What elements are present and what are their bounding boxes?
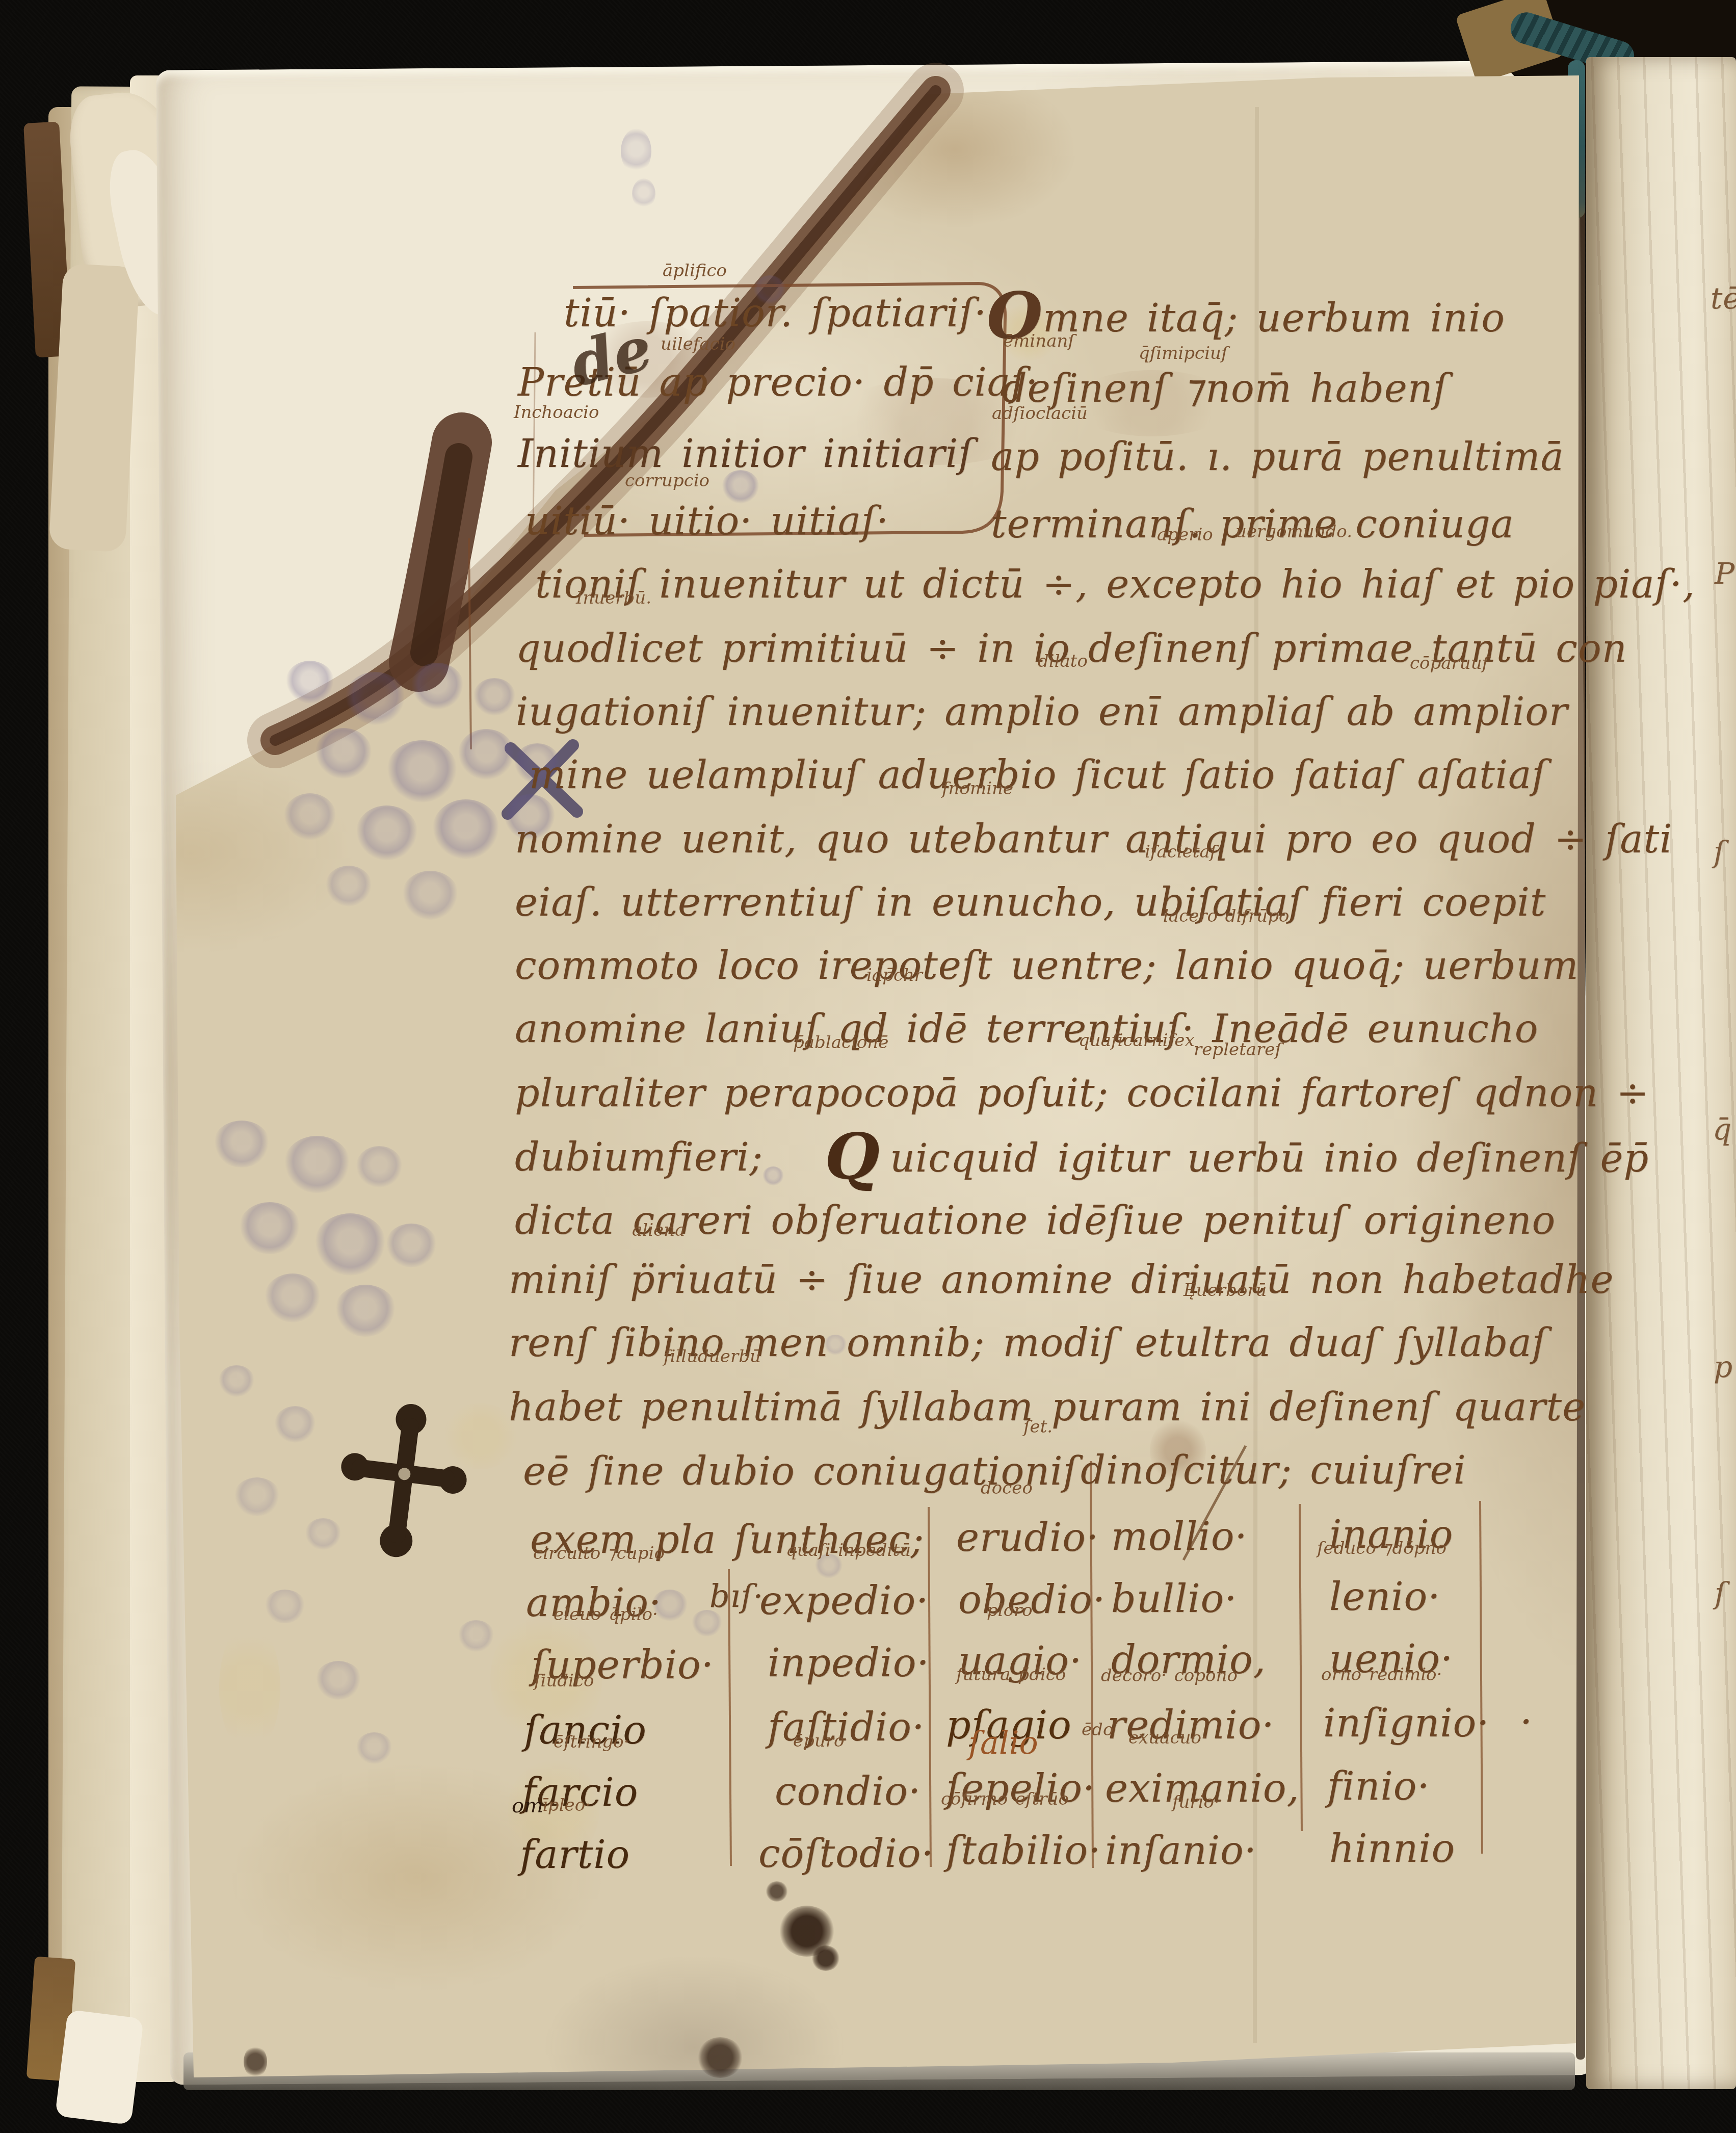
text-line: iugationiſ inuenitur; amplio enī ampliaſ… <box>516 692 1568 731</box>
interlinear-gloss: iap̄chr <box>866 967 923 984</box>
interlinear-gloss: quaſicarnifex <box>1079 1032 1195 1049</box>
interlinear-gloss: ſnomine <box>942 780 1013 797</box>
table-word: expedio· <box>759 1581 929 1620</box>
interlinear-gloss: q̄ſimipciuſ <box>1139 345 1228 362</box>
text-line: mine uelampliuſ aduerbio ſicut ſatio ſat… <box>529 756 1546 794</box>
interlinear-gloss: ēdo <box>1082 1721 1113 1738</box>
table-word: bullio· <box>1111 1579 1237 1618</box>
text-line: ap poſitū. ı. purā penultimā <box>991 437 1564 476</box>
interlinear-gloss: dilato <box>1038 653 1088 670</box>
text-line: tioniſ inuenitur ut dictū ÷, excepto hio… <box>535 565 1695 604</box>
interlinear-gloss: eleuo q̄pilo· <box>554 1606 658 1623</box>
table-word: faſtidio· <box>768 1708 925 1747</box>
interlinear-gloss: doceo <box>981 1479 1033 1497</box>
interlinear-gloss: exuacuo· <box>1128 1729 1207 1747</box>
interlinear-gloss: decoro· copono <box>1101 1667 1238 1684</box>
interlinear-gloss: aliena <box>632 1221 685 1239</box>
table-word: inſanio· <box>1105 1831 1257 1870</box>
interlinear-gloss: īpleo· <box>542 1797 591 1814</box>
interlinear-gloss: ſalio <box>968 1727 1038 1759</box>
interlinear-gloss: ſet. <box>1023 1418 1053 1436</box>
interlinear-gloss: iſacietaſ <box>1145 843 1216 861</box>
interlinear-gloss: Ęuerborū <box>1183 1282 1267 1299</box>
table-word: lenio· <box>1329 1577 1440 1616</box>
interlinear-gloss: Inchoacio <box>514 404 599 421</box>
edge-text-fragment: P <box>1715 559 1735 588</box>
text-line: pluraliter perapocopā poſuit; cocilani f… <box>515 1074 1649 1112</box>
interlinear-gloss: ſilluduerbū <box>664 1348 761 1365</box>
table-word: finio· <box>1327 1767 1430 1806</box>
table-word: condio· <box>775 1772 921 1811</box>
table-word: mollio· <box>1111 1517 1248 1556</box>
manuscript-photograph: tiū· ſpatior. ſpatiariſ·āplificoPretiū a… <box>0 0 1736 2133</box>
interlinear-gloss: Inuerbū. <box>576 589 651 607</box>
text-line: anomine laniuſ qd idē terrentiuſ· Ineādē… <box>515 1009 1539 1048</box>
interlinear-gloss: cōparuuſ <box>1410 655 1488 672</box>
interlinear-gloss: om <box>512 1796 543 1816</box>
table-word: fartio <box>520 1835 630 1874</box>
interlinear-gloss: ēpuro <box>793 1732 845 1750</box>
table-word: bıſ· <box>709 1580 764 1612</box>
interlinear-gloss: ſeduco ⁊dōpno <box>1317 1540 1446 1557</box>
interlinear-gloss: uergomundo. <box>1235 523 1352 540</box>
text-line: mne itaq̄; uerbum inio <box>1043 299 1505 337</box>
text-line: Initium initior initiariſ <box>518 434 973 473</box>
interlinear-gloss: p̄ablacionē <box>793 1034 888 1051</box>
interlinear-gloss: adſioclaciū <box>992 405 1088 422</box>
interlinear-gloss: ēſtringo· <box>554 1733 629 1751</box>
table-word: inſignio· <box>1323 1704 1490 1742</box>
interlinear-gloss: orno redimio· <box>1321 1666 1442 1683</box>
text-line: nomine uenit, quo utebantur antiqui pro … <box>515 820 1672 859</box>
interlinear-gloss: futura p̄dico <box>956 1666 1066 1683</box>
interlinear-gloss: repletareſ <box>1194 1041 1281 1058</box>
column-separator <box>1480 1501 1482 1854</box>
text-line: dinoſcitur; cuiuſrei <box>1081 1451 1466 1490</box>
edge-text-fragment: p <box>1714 1352 1733 1382</box>
column-separator <box>1300 1504 1302 1831</box>
table-word: erudio· <box>956 1518 1099 1557</box>
decorated-initial: Q <box>825 1126 880 1189</box>
interlinear-gloss: furio· <box>1172 1793 1220 1811</box>
text-line: uicquid igitur uerbū inio deſinenſ ēp̄ <box>890 1139 1649 1178</box>
text-line: miniſ p̈riuatū ÷ ſiue anomine diriuatū n… <box>509 1260 1614 1299</box>
edge-text-fragment: ſ <box>1714 837 1725 867</box>
interlinear-gloss: corrupcio <box>625 472 709 489</box>
text-line: dubiumfieri; <box>515 1138 763 1177</box>
interlinear-gloss: ploro <box>987 1602 1033 1619</box>
table-word: · <box>1520 1703 1533 1741</box>
interlinear-gloss: ſiudico <box>534 1672 594 1689</box>
interlinear-gloss: circuito ⁊cupio <box>533 1545 665 1562</box>
text-line: uitiū· uitio· uitiaſ· <box>525 502 889 540</box>
interlinear-gloss: cōfirmo ēſtrūo <box>941 1790 1069 1808</box>
edge-text-fragment: ſ <box>1715 1578 1726 1608</box>
interlinear-gloss: āplifico <box>663 262 727 279</box>
interlinear-gloss: quaſi inpeditū <box>786 1542 911 1559</box>
decorated-initial: de <box>565 317 658 395</box>
table-word: ſtabilio· <box>946 1831 1101 1870</box>
interlinear-gloss: uilefacio <box>661 335 735 353</box>
text-line: deſinenſ ⁊nom̄ habenſ <box>1002 369 1448 408</box>
edge-text-fragment: tē <box>1711 283 1736 313</box>
edge-text-fragment: q̄ <box>1713 1114 1732 1144</box>
interlinear-gloss: aperio <box>1157 526 1213 543</box>
cross-ink-stamp <box>331 1396 475 1565</box>
text-line: commoto loco irepoteſt uentre; lanio quo… <box>515 946 1579 985</box>
text-line: eiaſ. utterrentiuſ in eunucho, ubiſatiaſ… <box>515 883 1546 922</box>
table-word: hinnio <box>1329 1829 1455 1868</box>
table-word: inpedio· <box>768 1644 930 1682</box>
column-separator <box>929 1507 931 1867</box>
interlinear-gloss: ēminanſ <box>1003 332 1074 350</box>
table-word: cōſtodio· <box>758 1834 934 1873</box>
interlinear-gloss: lacero diſrūpo <box>1163 907 1289 925</box>
